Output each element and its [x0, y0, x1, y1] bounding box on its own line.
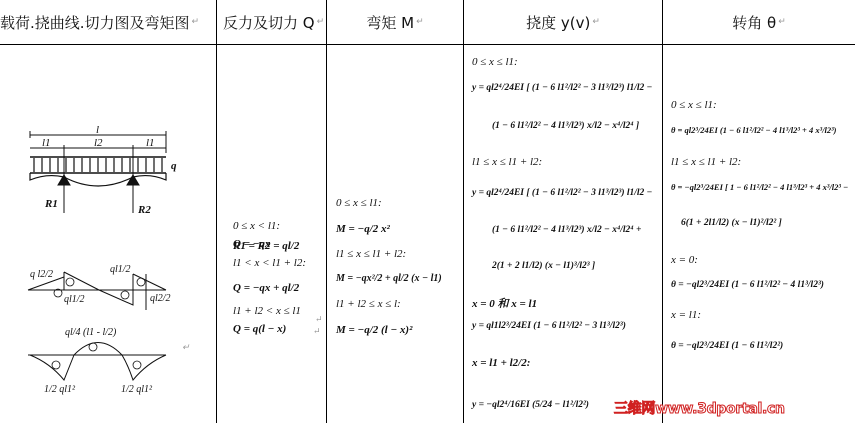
- moment-line: M = −q/2 (l − x)²: [336, 324, 412, 336]
- header-label: 挠度 y(v): [526, 12, 590, 33]
- deflection-cell: 0 ≤ x ≤ l1: y = ql2⁴/24EI [ (1 − 6 l1²/l…: [464, 45, 662, 423]
- deflection-line: x = l1 + l2/2:: [472, 357, 530, 369]
- rotation-line: x = 0:: [671, 254, 698, 266]
- shear-line: 0 ≤ x < l1:: [233, 220, 280, 232]
- moment-peak-label: ql/4 (l1 - l/2): [65, 327, 117, 338]
- shear-top-right-label: ql1/2: [110, 264, 131, 275]
- deflection-line: y = ql2⁴/24EI [ (1 − 6 l1²/l2² − 3 l1³/l…: [472, 83, 652, 93]
- shear-line: l1 + l2 < x ≤ l1: [233, 305, 301, 317]
- shear-cell: R1 = R2 = ql/2 0 ≤ x < l1: Q = −qx l1 < …: [217, 45, 326, 423]
- shear-line: Q = q(l − x): [233, 323, 286, 335]
- moment-line: M = −qx²/2 + ql/2 (x − l1): [336, 273, 442, 284]
- shear-line: l1 < x < l1 + l2:: [233, 257, 306, 269]
- reaction-left-label: R1: [44, 198, 58, 210]
- watermark: 三维网www.3dportal.cn: [614, 398, 785, 418]
- paragraph-mark: ↵: [313, 327, 321, 337]
- header-moment: 弯矩 M↵: [327, 0, 463, 44]
- paragraph-mark: ↵: [317, 17, 325, 27]
- deflection-line: x = 0 和 x = l1: [472, 295, 537, 311]
- reaction-right-label: R2: [137, 204, 151, 216]
- shear-right-label: ql2/2: [150, 293, 171, 304]
- rotation-cell: 0 ≤ x ≤ l1: θ = ql2³/24EI (1 − 6 l1²/l2²…: [663, 45, 855, 423]
- shear-line: Q = −qx: [233, 238, 270, 250]
- header-label: 载荷.挠曲线.切力图及弯矩图: [0, 12, 190, 33]
- moment-line: M = −q/2 x²: [336, 223, 390, 235]
- rotation-line: l1 ≤ x ≤ l1 + l2:: [671, 156, 741, 168]
- beam-diagram: l l1 l2 l1 q R1 R2 q l2/2 ql1/2 ql1/2 ql…: [0, 45, 216, 423]
- deflection-line: l1 ≤ x ≤ l1 + l2:: [472, 156, 542, 168]
- rotation-line: θ = −ql2³/24EI (1 − 6 l1²/l2²): [671, 341, 783, 351]
- span-right-label: l1: [146, 137, 155, 149]
- rotation-line: x = l1:: [671, 309, 701, 321]
- paragraph-mark: ↵: [315, 315, 323, 325]
- deflection-line: 2(1 + 2 l1/l2) (x − l1)³/l2³ ]: [492, 261, 595, 271]
- paragraph-mark: ↵: [778, 17, 786, 27]
- rotation-line: θ = −ql2³/24EI [ 1 − 6 l1²/l2² − 4 l1³/l…: [671, 182, 848, 192]
- header-rotation: 转角 θ↵: [663, 0, 855, 44]
- header-diagrams: 载荷.挠曲线.切力图及弯矩图↵: [0, 0, 216, 44]
- span-total-label: l: [96, 124, 99, 136]
- header-label: 转角 θ: [732, 12, 776, 33]
- deflection-line: y = ql1l2³/24EI (1 − 6 l1²/l2² − 3 l1³/l…: [472, 321, 626, 331]
- header-label: 反力及切力 Q: [223, 12, 315, 33]
- diagram-cell: l l1 l2 l1 q R1 R2 q l2/2 ql1/2 ql1/2 ql…: [0, 45, 216, 423]
- deflection-line: y = ql2⁴/24EI [ (1 − 6 l1²/l2² − 3 l1³/l…: [472, 188, 652, 198]
- paragraph-mark: ↵: [182, 342, 190, 352]
- paragraph-mark: ↵: [592, 17, 600, 27]
- rotation-line: 0 ≤ x ≤ l1:: [671, 99, 717, 111]
- paragraph-mark: ↵: [192, 17, 200, 27]
- deflection-line: y = −ql2⁴/16EI (5/24 − l1²/l2²): [472, 400, 589, 410]
- moment-cell: 0 ≤ x ≤ l1: M = −q/2 x² l1 ≤ x ≤ l1 + l2…: [327, 45, 463, 423]
- header-shear: 反力及切力 Q↵: [217, 0, 326, 44]
- header-deflection: 挠度 y(v)↵: [464, 0, 662, 44]
- moment-line: l1 ≤ x ≤ l1 + l2:: [336, 248, 406, 260]
- header-label: 弯矩 M: [366, 12, 414, 33]
- rotation-line: θ = ql2³/24EI (1 − 6 l1²/l2² − 4 l1³/l2³…: [671, 125, 837, 135]
- moment-right-label: 1/2 ql1²: [121, 384, 153, 395]
- moment-left-label: 1/2 ql1²: [44, 384, 76, 395]
- moment-line: l1 + l2 ≤ x ≤ l:: [336, 298, 401, 310]
- span-left-label: l1: [42, 137, 51, 149]
- formula-table: 载荷.挠曲线.切力图及弯矩图↵ 反力及切力 Q↵ 弯矩 M↵ 挠度 y(v)↵ …: [0, 0, 855, 423]
- moment-line: 0 ≤ x ≤ l1:: [336, 197, 382, 209]
- load-label: q: [171, 160, 177, 172]
- span-middle-label: l2: [94, 137, 103, 149]
- deflection-line: (1 − 6 l1²/l2² − 4 l1³/l2³) x/l2 − x⁴/l2…: [492, 225, 641, 235]
- deflection-line: (1 − 6 l1²/l2² − 4 l1³/l2³) x/l2 − x⁴/l2…: [492, 121, 639, 131]
- shear-line: Q = −qx + ql/2: [233, 282, 299, 294]
- shear-top-left-label: q l2/2: [30, 269, 53, 280]
- rotation-line: θ = −ql2³/24EI (1 − 6 l1²/l2² − 4 l1³/l2…: [671, 280, 824, 290]
- shear-bottom-left-label: ql1/2: [64, 294, 85, 305]
- deflection-line: 0 ≤ x ≤ l1:: [472, 56, 518, 68]
- rotation-line: 6(1 + 2l1/l2) (x − l1)²/l2² ]: [681, 218, 782, 228]
- paragraph-mark: ↵: [416, 17, 424, 27]
